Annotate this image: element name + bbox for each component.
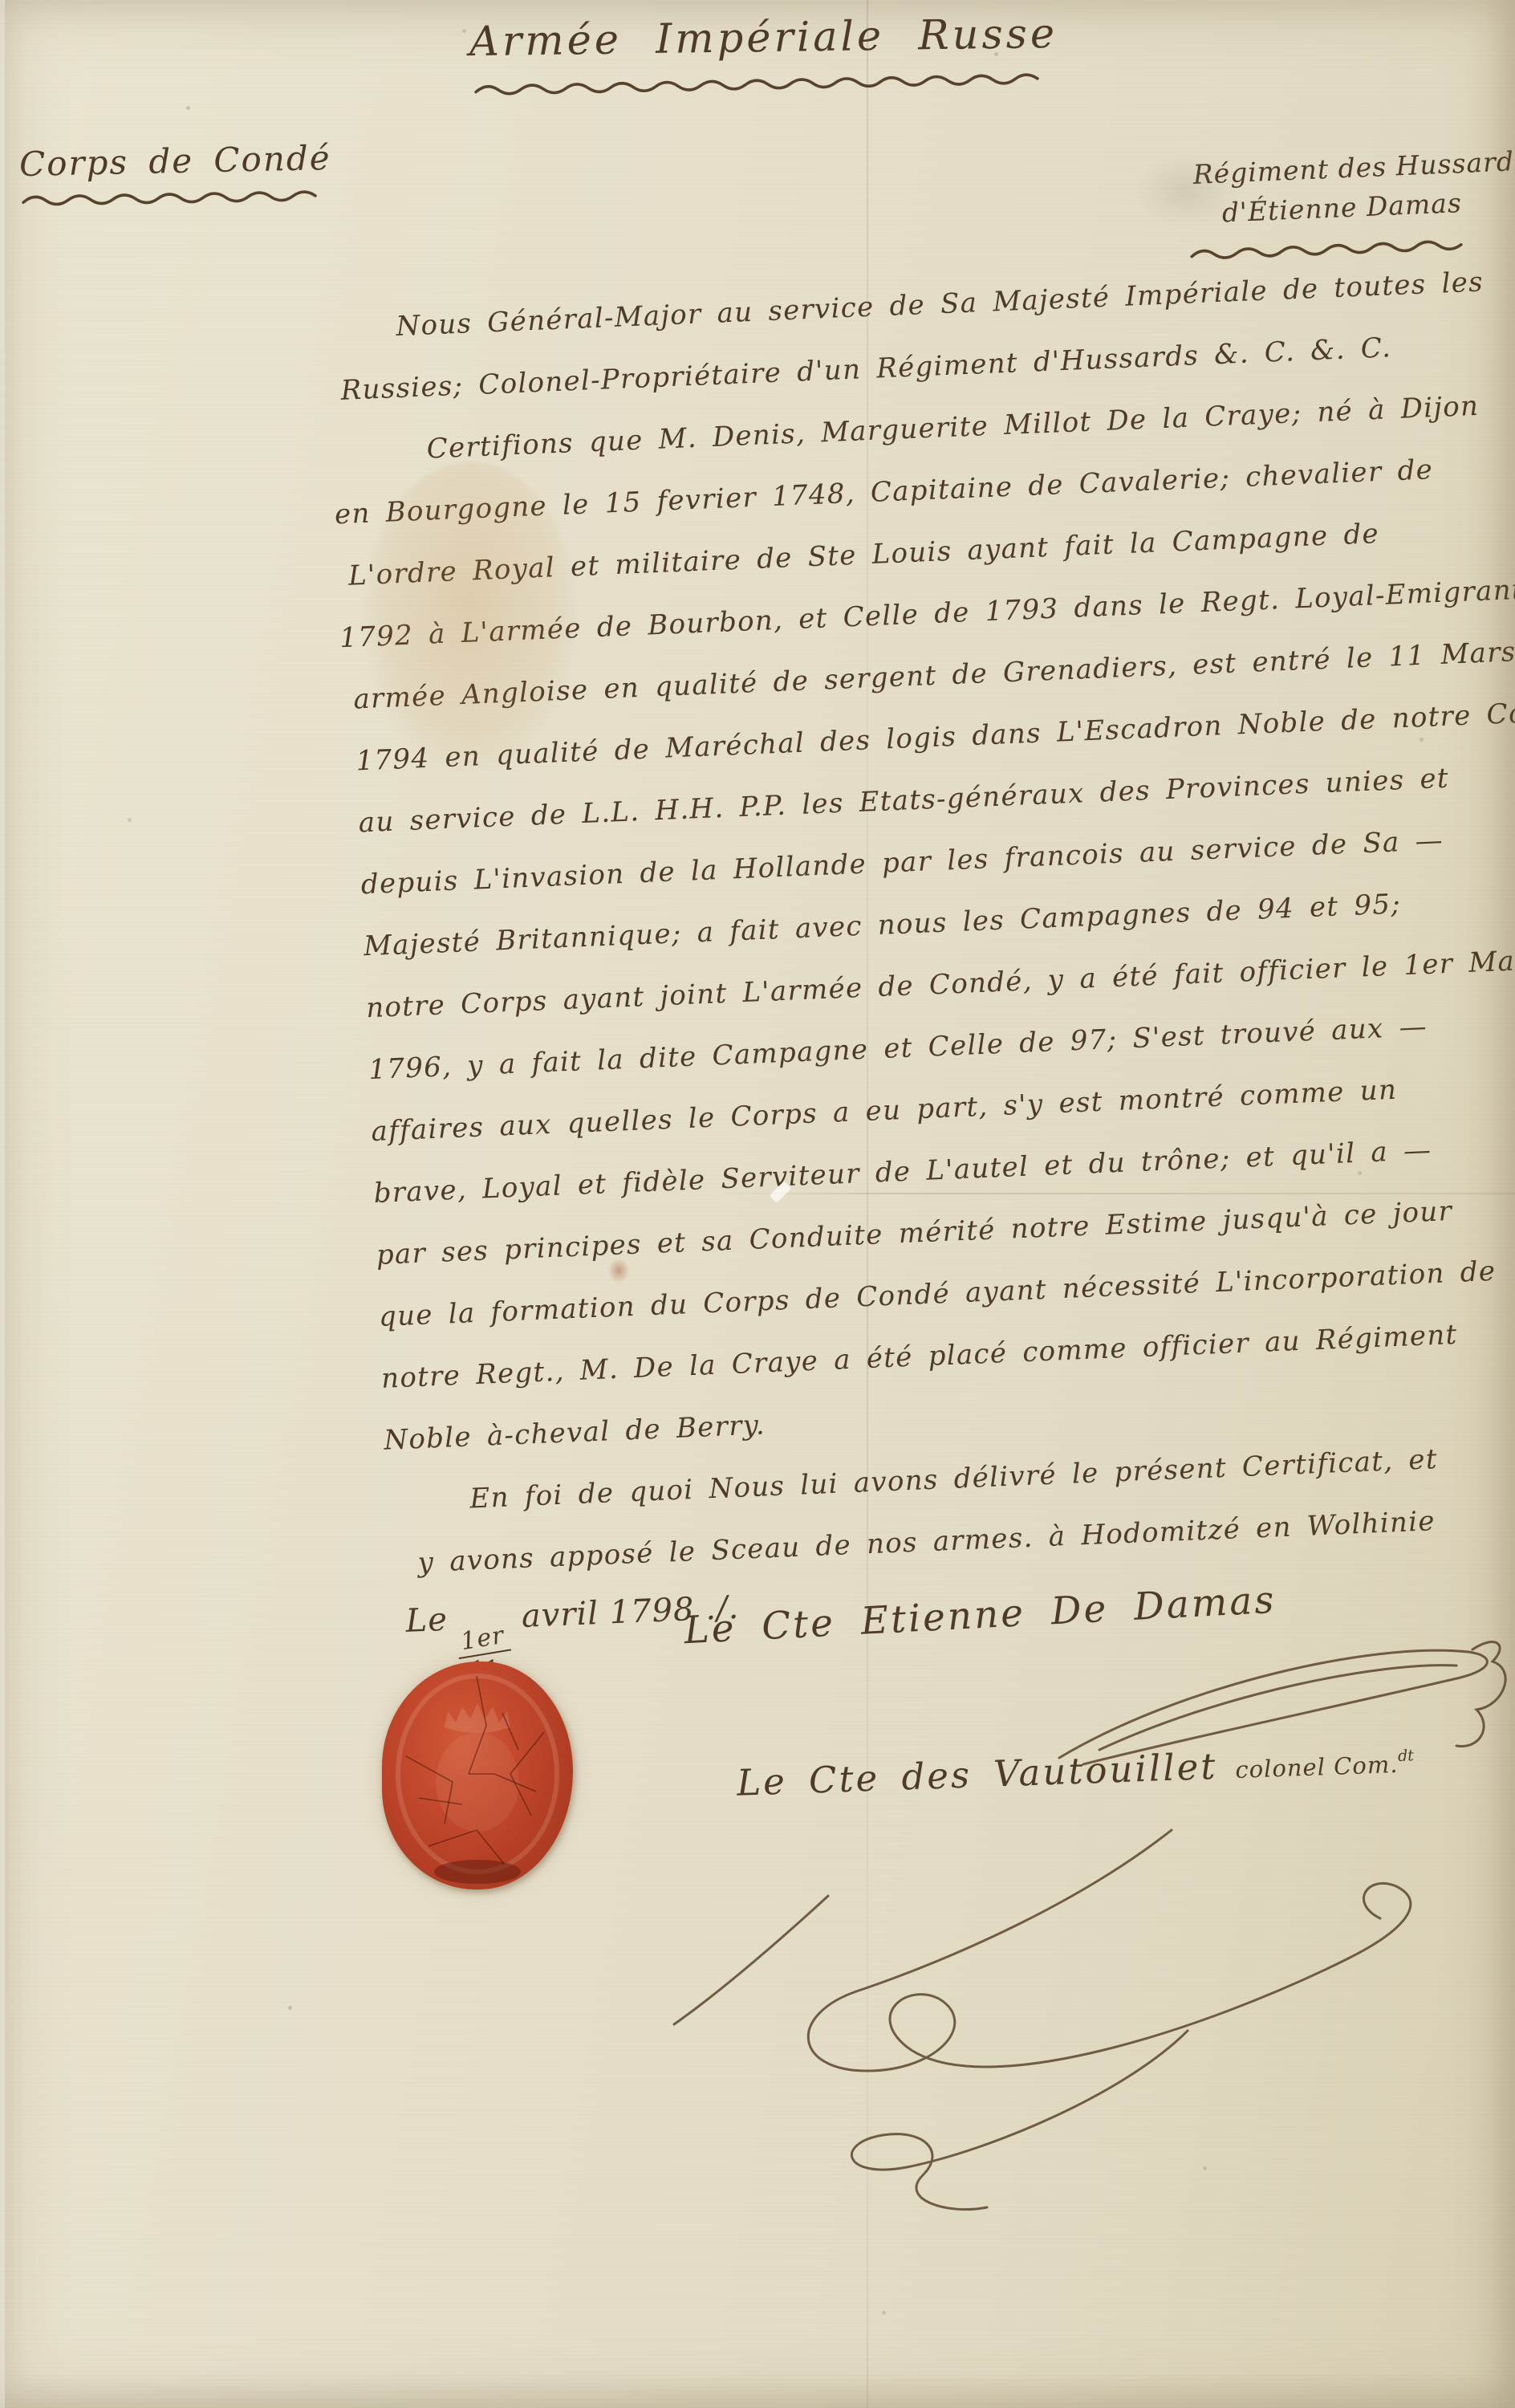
ink-spot bbox=[608, 1259, 629, 1283]
paper-stain bbox=[363, 462, 578, 775]
signature-flourish bbox=[642, 1806, 1515, 2239]
corps-heading: Corps de Condé bbox=[19, 138, 332, 184]
scan-edge bbox=[0, 0, 5, 2408]
paper-smudge bbox=[1135, 154, 1239, 228]
document-title: Armée Impériale Russe bbox=[469, 10, 1064, 66]
signature-name: Le Cte des Vautouillet bbox=[736, 1745, 1218, 1804]
signature-vautouillet: Le Cte des Vautouilletcolonel Com.dt bbox=[736, 1738, 1415, 1804]
regiment-line2: d'Étienne Damas bbox=[1221, 184, 1515, 228]
date-prefix: Le bbox=[405, 1601, 449, 1640]
vertical-fold-crease bbox=[867, 0, 868, 2408]
signature-rank: colonel Com. bbox=[1235, 1751, 1399, 1784]
horizontal-fold-crease bbox=[726, 1193, 1515, 1194]
signature-rank-superscript: dt bbox=[1398, 1747, 1415, 1765]
manuscript-body: Nous Général-Major au service de Sa Maje… bbox=[337, 250, 1515, 1683]
date-gregorian: 1er bbox=[455, 1623, 512, 1659]
manuscript-page: Armée Impériale Russe Corps de Condé Rég… bbox=[0, 0, 1515, 2408]
wax-seal bbox=[382, 1662, 573, 1889]
wavy-underline bbox=[21, 189, 319, 209]
wavy-underline bbox=[473, 71, 1059, 99]
regiment-heading: Régiment des Hussards d'Étienne Damas bbox=[1192, 144, 1515, 229]
wax-seal-impression bbox=[382, 1662, 573, 1889]
regiment-line1: Régiment des Hussards bbox=[1192, 144, 1515, 189]
